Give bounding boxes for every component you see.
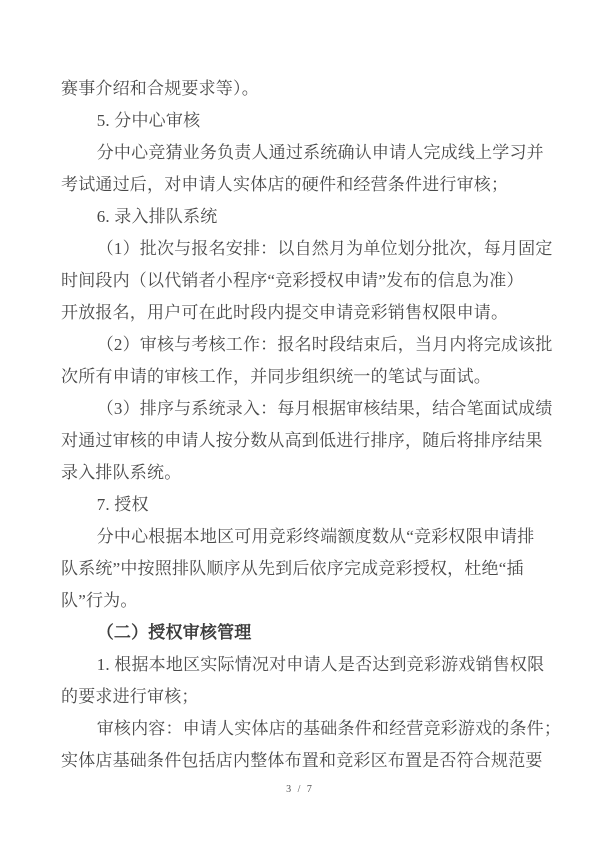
doc-line: 队”行为。 <box>61 585 539 617</box>
document-text-block: 赛事介绍和合规要求等）。 5. 分中心审核 分中心竞猜业务负责人通过系统确认申请… <box>61 73 539 777</box>
doc-line: 时间段内（以代销者小程序“竞彩授权申请”发布的信息为准） <box>61 265 539 297</box>
document-page: 赛事介绍和合规要求等）。 5. 分中心审核 分中心竞猜业务负责人通过系统确认申请… <box>0 0 600 856</box>
doc-line: 考试通过后，对申请人实体店的硬件和经营条件进行审核； <box>61 169 539 201</box>
doc-line: （2）审核与考核工作：报名时段结束后，当月内将完成该批 <box>61 329 539 361</box>
doc-line: 分中心根据本地区可用竞彩终端额度数从“竞彩权限申请排 <box>61 521 539 553</box>
doc-line: 对通过审核的申请人按分数从高到低进行排序，随后将排序结果 <box>61 425 539 457</box>
section-heading-authorization-review: （二）授权审核管理 <box>61 617 539 649</box>
doc-line: （1）批次与报名安排：以自然月为单位划分批次，每月固定 <box>61 233 539 265</box>
page-number: 3 / 7 <box>0 783 600 797</box>
doc-line: 开放报名，用户可在此时段内提交申请竞彩销售权限申请。 <box>61 297 539 329</box>
doc-line: 审核内容：申请人实体店的基础条件和经营竞彩游戏的条件； <box>61 713 539 745</box>
doc-line: 队系统”中按照排队顺序从先到后依序完成竞彩授权，杜绝“插 <box>61 553 539 585</box>
doc-line: 分中心竞猜业务负责人通过系统确认申请人完成线上学习并 <box>61 137 539 169</box>
doc-line: 录入排队系统。 <box>61 457 539 489</box>
doc-line: 的要求进行审核； <box>61 681 539 713</box>
doc-line: （3）排序与系统录入：每月根据审核结果，结合笔面试成绩 <box>61 393 539 425</box>
doc-line-item-6-heading: 6. 录入排队系统 <box>61 201 539 233</box>
doc-line: 1. 根据本地区实际情况对申请人是否达到竞彩游戏销售权限 <box>61 649 539 681</box>
doc-line: 次所有申请的审核工作，并同步组织统一的笔试与面试。 <box>61 361 539 393</box>
doc-line-item-7-heading: 7. 授权 <box>61 489 539 521</box>
doc-line: 实体店基础条件包括店内整体布置和竞彩区布置是否符合规范要 <box>61 745 539 777</box>
doc-line-item-5-heading: 5. 分中心审核 <box>61 105 539 137</box>
doc-line: 赛事介绍和合规要求等）。 <box>61 73 539 105</box>
